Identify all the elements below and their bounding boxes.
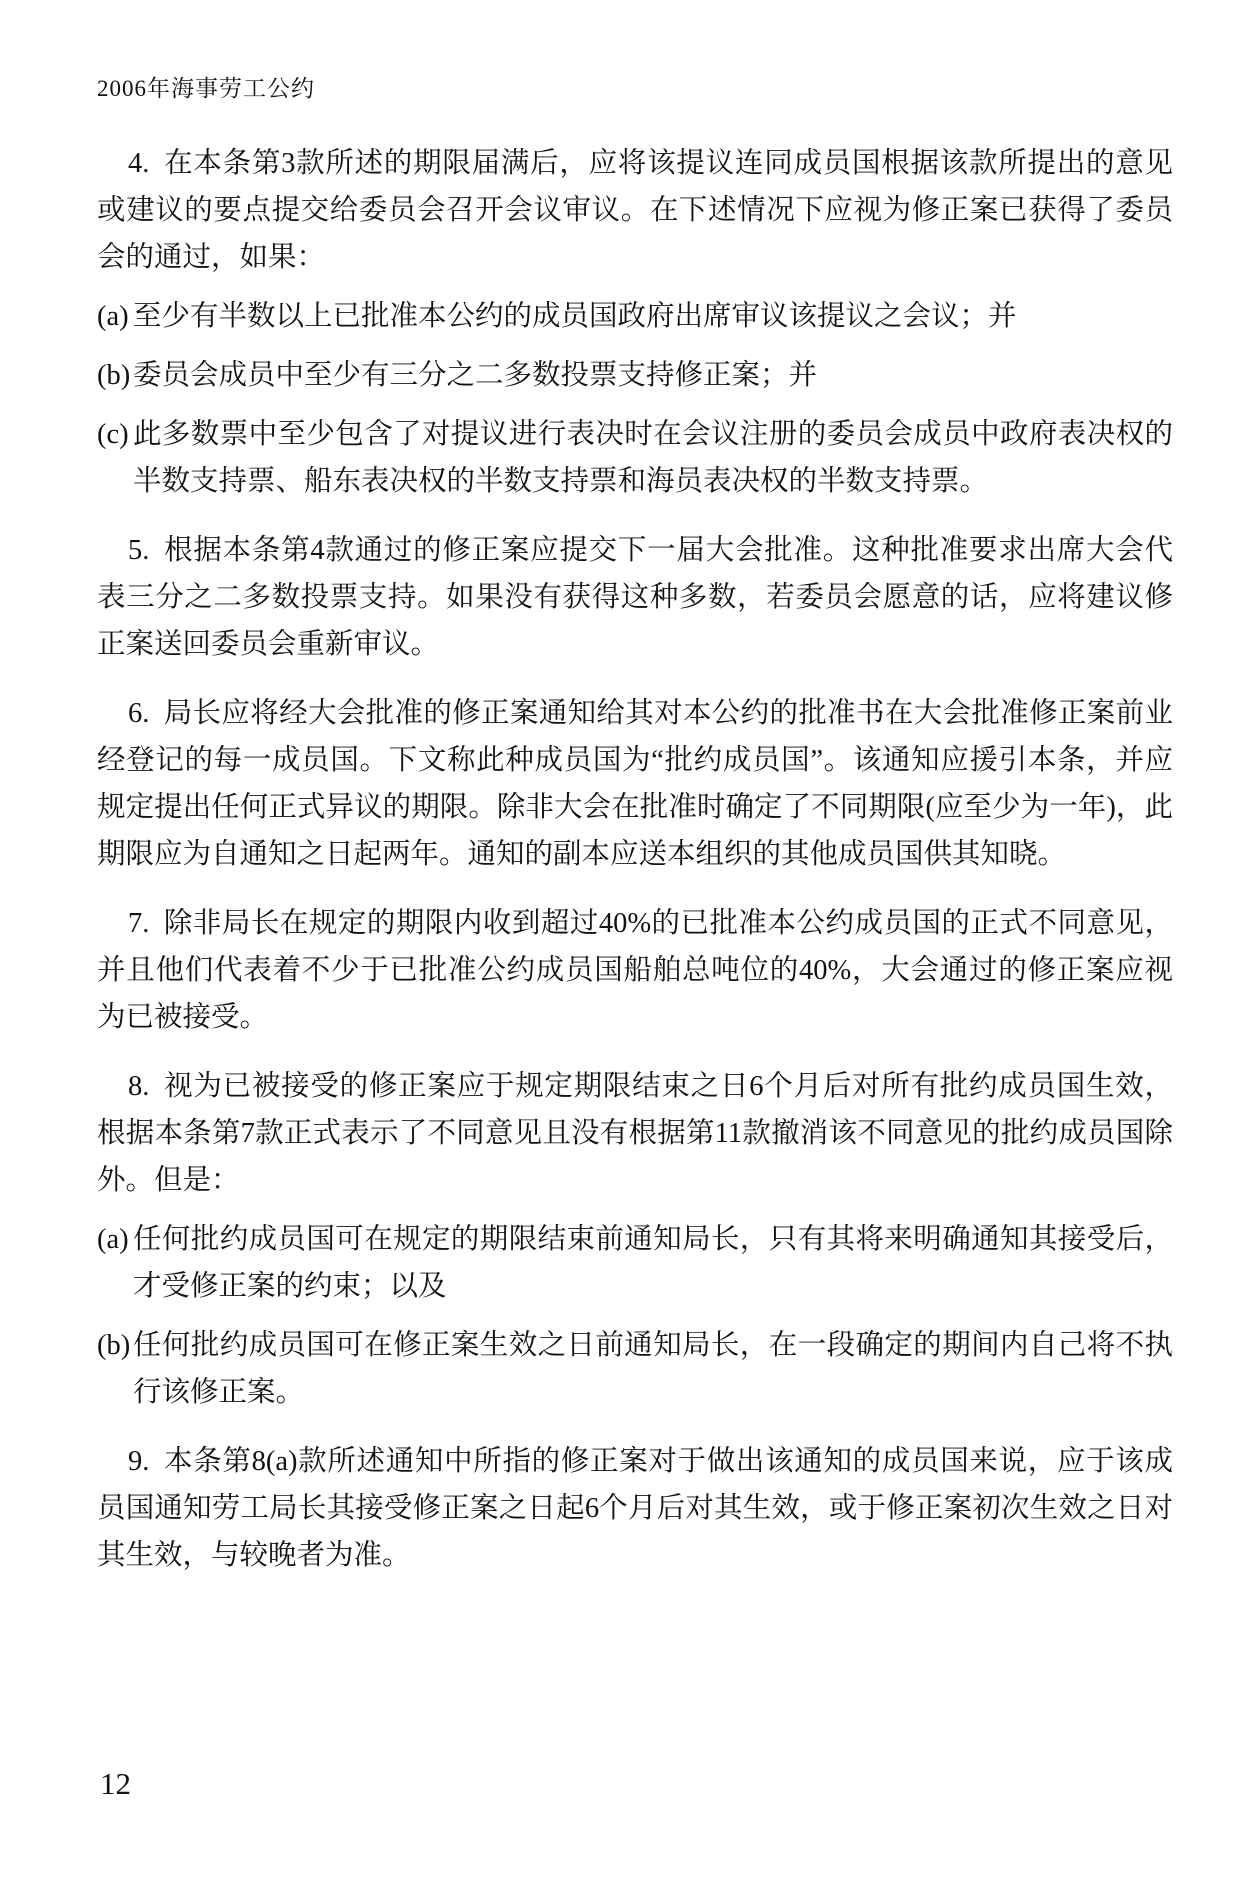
numbered-paragraph: 4.在本条第3款所述的期限届满后，应将该提议连同成员国根据该款所提出的意见或建议… — [97, 140, 1173, 281]
numbered-paragraph: 7.除非局长在规定的期限内收到超过40%的已批准本公约成员国的正式不同意见，并且… — [97, 900, 1173, 1041]
lettered-item: (a)任何批约成员国可在规定的期限结束前通知局长，只有其将来明确通知其接受后，才… — [97, 1216, 1173, 1310]
item-letter: (b) — [97, 352, 130, 399]
paragraph-text: 任何批约成员国可在规定的期限结束前通知局长，只有其将来明确通知其接受后，才受修正… — [133, 1224, 1173, 1302]
paragraph-text: 委员会成员中至少有三分之二多数投票支持修正案；并 — [133, 360, 817, 391]
paragraph-text: 局长应将经大会批准的修正案通知给其对本公约的批准书在大会批准修正案前业经登记的每… — [97, 698, 1173, 870]
numbered-paragraph: 6.局长应将经大会批准的修正案通知给其对本公约的批准书在大会批准修正案前业经登记… — [97, 690, 1173, 878]
paragraph-number: 7. — [128, 908, 149, 939]
paragraph-number: 9. — [128, 1446, 149, 1477]
paragraph-number: 8. — [128, 1071, 149, 1102]
paragraph-text: 除非局长在规定的期限内收到超过40%的已批准本公约成员国的正式不同意见，并且他们… — [97, 908, 1173, 1033]
lettered-item: (b)任何批约成员国可在修正案生效之日前通知局长，在一段确定的期间内自己将不执行… — [97, 1322, 1173, 1416]
paragraph-text: 至少有半数以上已批准本公约的成员国政府出席审议该提议之会议；并 — [133, 301, 1017, 332]
item-letter: (a) — [97, 1216, 129, 1263]
item-letter: (a) — [97, 293, 129, 340]
paragraph-text: 视为已被接受的修正案应于规定期限结束之日6个月后对所有批约成员国生效，根据本条第… — [97, 1071, 1173, 1196]
paragraph-number: 6. — [128, 698, 149, 729]
numbered-paragraph: 9.本条第8(a)款所述通知中所指的修正案对于做出该通知的成员国来说，应于该成员… — [97, 1438, 1173, 1579]
paragraph-text: 任何批约成员国可在修正案生效之日前通知局长，在一段确定的期间内自己将不执行该修正… — [133, 1330, 1173, 1408]
document-body: 4.在本条第3款所述的期限届满后，应将该提议连同成员国根据该款所提出的意见或建议… — [97, 118, 1173, 1579]
paragraph-text: 此多数票中至少包含了对提议进行表决时在会议注册的委员会成员中政府表决权的半数支持… — [133, 419, 1173, 497]
page-number: 12 — [100, 1764, 131, 1804]
lettered-item: (c)此多数票中至少包含了对提议进行表决时在会议注册的委员会成员中政府表决权的半… — [97, 411, 1173, 505]
paragraph-number: 5. — [128, 535, 149, 566]
paragraph-text: 在本条第3款所述的期限届满后，应将该提议连同成员国根据该款所提出的意见或建议的要… — [97, 148, 1173, 273]
paragraph-text: 根据本条第4款通过的修正案应提交下一届大会批准。这种批准要求出席大会代表三分之二… — [97, 535, 1173, 660]
paragraph-number: 4. — [128, 148, 149, 179]
item-letter: (c) — [97, 411, 129, 458]
numbered-paragraph: 8.视为已被接受的修正案应于规定期限结束之日6个月后对所有批约成员国生效，根据本… — [97, 1063, 1173, 1204]
lettered-item: (a)至少有半数以上已批准本公约的成员国政府出席审议该提议之会议；并 — [97, 293, 1173, 340]
lettered-item: (b)委员会成员中至少有三分之二多数投票支持修正案；并 — [97, 352, 1173, 399]
paragraph-text: 本条第8(a)款所述通知中所指的修正案对于做出该通知的成员国来说，应于该成员国通… — [97, 1446, 1173, 1571]
numbered-paragraph: 5.根据本条第4款通过的修正案应提交下一届大会批准。这种批准要求出席大会代表三分… — [97, 527, 1173, 668]
item-letter: (b) — [97, 1322, 130, 1369]
document-page: 2006年海事劳工公约 4.在本条第3款所述的期限届满后，应将该提议连同成员国根… — [0, 0, 1260, 1890]
document-header: 2006年海事劳工公约 — [97, 74, 315, 104]
